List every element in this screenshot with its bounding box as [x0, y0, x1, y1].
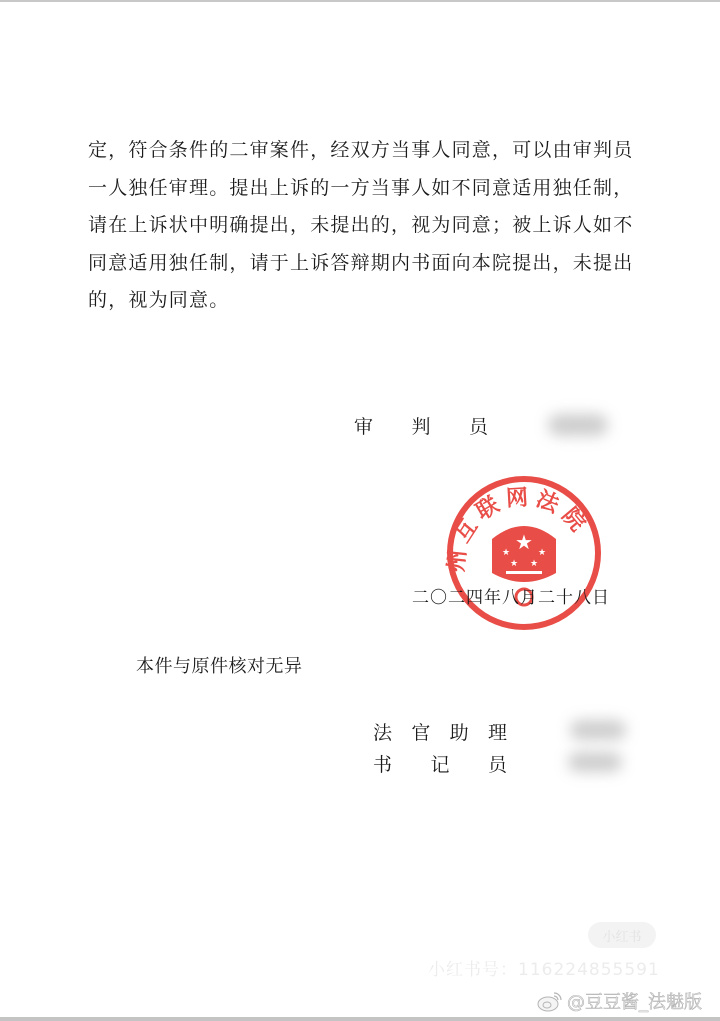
judgment-date: 二〇二四年八月二十八日 [412, 583, 610, 608]
judge-label: 审 判 员 [354, 412, 488, 439]
svg-text:★: ★ [530, 559, 538, 569]
svg-text:★: ★ [510, 559, 518, 569]
clerk-label: 书 记 员 [373, 750, 507, 777]
weibo-watermark: @豆豆酱_法魅版 [537, 988, 702, 1014]
verification-note: 本件与原件核对无异 [136, 652, 303, 678]
assistant-label: 法 官 助 理 [373, 718, 507, 745]
paragraph-line: 同意适用独任制，请于上诉答辩期内书面向本院提出，未提出 [88, 245, 648, 283]
assistant-signature: 法 官 助 理 [373, 718, 507, 745]
court-seal-icon: 州互联网法院 ★ ★ ★ ★ ★ [444, 473, 604, 633]
top-border [0, 0, 720, 2]
judge-signature: 审 判 员 [354, 412, 488, 439]
clerk-name-redacted [568, 752, 622, 772]
svg-text:★: ★ [538, 548, 546, 558]
paragraph-line: 请在上诉状中明确提出，未提出的，视为同意；被上诉人如不 [88, 207, 648, 245]
bottom-border [0, 1017, 720, 1021]
xiaohongshu-id-watermark: 小红书号：116224855591 [428, 955, 660, 980]
body-paragraph: 定，符合条件的二审案件，经双方当事人同意，可以由审判员 一人独任审理。提出上诉的… [88, 132, 648, 320]
judge-name-redacted [548, 414, 608, 436]
assistant-name-redacted [570, 720, 626, 740]
paragraph-line: 的，视为同意。 [88, 282, 648, 320]
paragraph-line: 定，符合条件的二审案件，经双方当事人同意，可以由审判员 [88, 132, 648, 170]
paragraph-line: 一人独任审理。提出上诉的一方当事人如不同意适用独任制， [88, 170, 648, 208]
svg-text:★: ★ [515, 530, 533, 554]
xiaohongshu-watermark-badge: 小红书 [588, 922, 656, 948]
svg-text:★: ★ [502, 548, 510, 558]
weibo-handle: @豆豆酱_法魅版 [567, 988, 702, 1014]
weibo-icon [537, 990, 563, 1012]
clerk-signature: 书 记 员 [373, 750, 507, 777]
